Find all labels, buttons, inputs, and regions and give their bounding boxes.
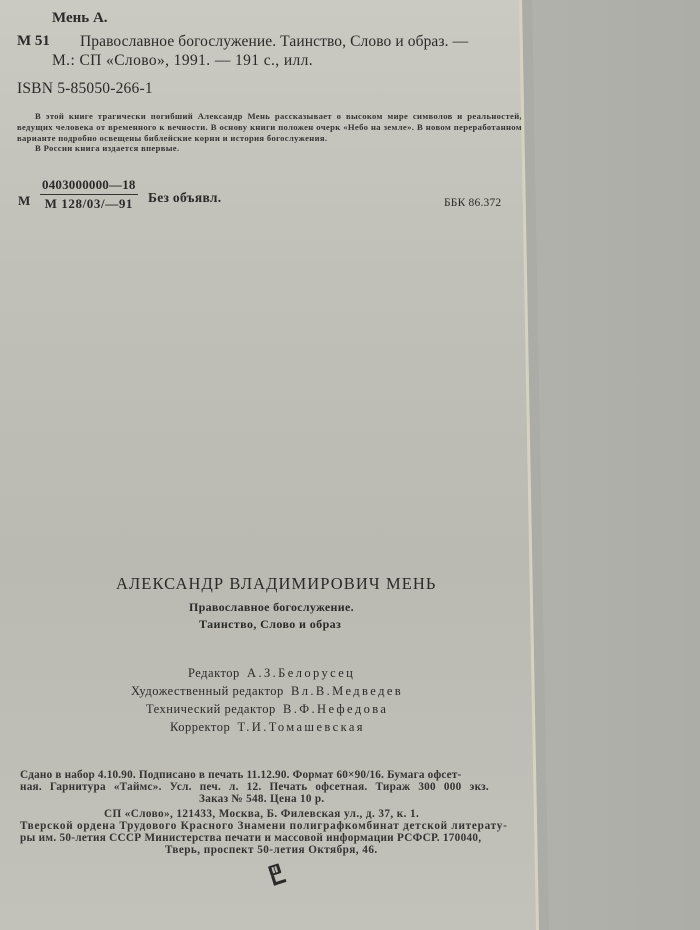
colophon-line: Тверской ордена Трудового Красного Знаме… <box>20 820 508 832</box>
credit-proofreader: Корректор Т.И.Томашевская <box>170 720 365 735</box>
credit-tech-editor: Технический редактор В.Ф.Нефедова <box>146 702 388 717</box>
colophon-line: Тверь, проспект 50-летия Октября, 46. <box>165 844 378 856</box>
credit-role: Корректор <box>170 720 230 734</box>
colophon-line: СП «Слово», 121433, Москва, Б. Филевская… <box>104 808 419 820</box>
no-ads-note: Без объявл. <box>148 190 221 206</box>
annotation: В этой книге трагически погибший Алексан… <box>17 111 522 154</box>
code-numerator: 0403000000—18 <box>40 177 138 195</box>
credit-name: Т.И.Томашевская <box>237 720 364 734</box>
author-full-name: АЛЕКСАНДР ВЛАДИМИРОВИЧ МЕНЬ <box>116 574 437 594</box>
annotation-paragraph: В этой книге трагически погибший Алексан… <box>17 111 522 143</box>
credit-role: Художественный редактор <box>131 684 284 698</box>
bbk-code: ББК 86.372 <box>444 197 501 209</box>
book-title-line2: Таинство, Слово и образ <box>199 617 341 632</box>
printer-mark-icon <box>268 862 288 888</box>
credit-editor: Редактор А.З.Белорусец <box>188 666 355 681</box>
credit-role: Редактор <box>188 666 240 680</box>
credit-name: А.З.Белорусец <box>247 666 355 680</box>
catalog-author: Мень А. <box>52 10 108 27</box>
isbn: ISBN 5-85050-266-1 <box>17 80 153 98</box>
catalog-imprint: М.: СП «Слово», 1991. — 191 с., илл. <box>52 52 313 70</box>
book-title-line1: Православное богослужение. <box>189 600 354 615</box>
code-prefix: М <box>18 193 30 209</box>
colophon-line: Сдано в набор 4.10.90. Подписано в печат… <box>20 769 461 781</box>
colophon-line: Заказ № 548. Цена 10 р. <box>199 793 324 805</box>
credit-art-editor: Художественный редактор Вл.В.Медведев <box>131 684 403 699</box>
code-denominator: М 128/03/—91 <box>40 195 138 212</box>
credit-name: Вл.В.Медведев <box>291 684 403 698</box>
colophon-line: ная. Гарнитура «Таймс». Усл. печ. л. 12.… <box>20 781 489 793</box>
credit-name: В.Ф.Нефедова <box>283 702 388 716</box>
catalog-call-number: М 51 <box>17 33 50 50</box>
credit-role: Технический редактор <box>146 702 276 716</box>
colophon-line: ры им. 50-летия СССР Министерства печати… <box>20 832 481 844</box>
catalog-title: Православное богослужение. Таинство, Сло… <box>80 33 468 51</box>
publication-code: 0403000000—18 М 128/03/—91 <box>40 177 138 212</box>
annotation-paragraph: В России книга издается впервые. <box>17 143 522 154</box>
